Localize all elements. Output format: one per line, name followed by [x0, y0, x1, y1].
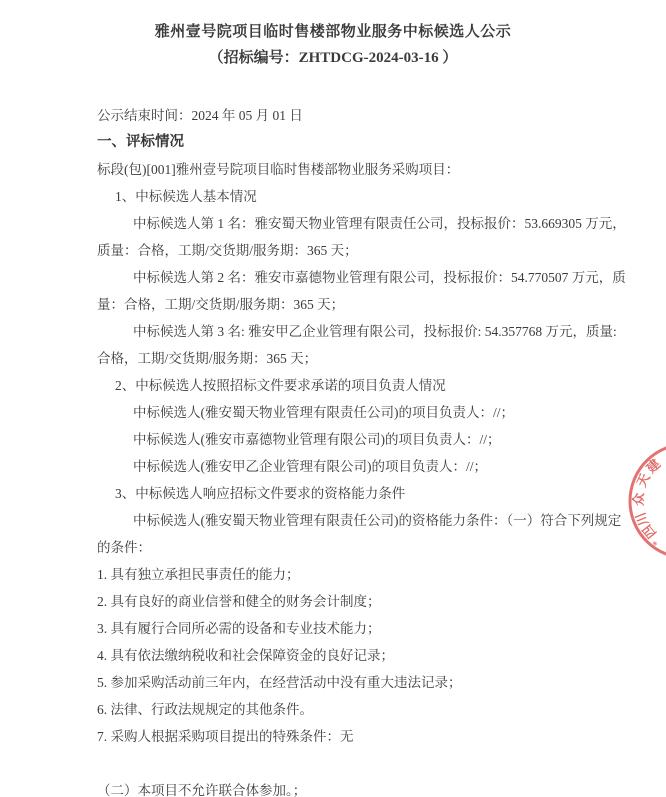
text-line: 中标候选人第 2 名：雅安市嘉德物业管理有限公司，投标报价：54.770507 … [97, 264, 576, 291]
blank-line [97, 750, 576, 777]
text-line: 3. 具有履行合同所必需的设备和专业技术能力； [97, 615, 576, 642]
bid-number: （招标编号：ZHTDCG-2024-03-16 ） [0, 44, 666, 72]
text-line: 量：合格，工期/交货期/服务期：365 天； [97, 291, 576, 318]
text-line: （二）本项目不允许联合体参加。； [97, 777, 576, 797]
text-line: 5. 参加采购活动前三年内，在经营活动中没有重大违法记录； [97, 669, 576, 696]
text-line: 中标候选人(雅安蜀天物业管理有限责任公司)的项目负责人：//； [97, 399, 576, 426]
text-line: 的条件： [97, 534, 576, 561]
text-line: 一、评标情况 [97, 129, 576, 156]
text-line: 公示结束时间：2024 年 05 月 01 日 [97, 102, 576, 129]
announcement-document: 雅州壹号院项目临时售楼部物业服务中标候选人公示 （招标编号：ZHTDCG-202… [0, 0, 666, 797]
text-line: 1、中标候选人基本情况 [97, 183, 576, 210]
text-line: 4. 具有依法缴纳税收和社会保障资金的良好记录； [97, 642, 576, 669]
text-line: 合格，工期/交货期/服务期：365 天； [97, 345, 576, 372]
text-line: 1. 具有独立承担民事责任的能力； [97, 561, 576, 588]
text-line: 中标候选人(雅安甲乙企业管理有限公司)的项目负责人：//； [97, 453, 576, 480]
text-line: 2、中标候选人按照招标文件要求承诺的项目负责人情况 [97, 372, 576, 399]
text-line: 标段(包)[001]雅州壹号院项目临时售楼部物业服务采购项目： [97, 156, 576, 183]
document-body: 公示结束时间：2024 年 05 月 01 日一、评标情况标段(包)[001]雅… [0, 102, 666, 797]
text-line: 中标候选人(雅安市嘉德物业管理有限公司)的项目负责人：//； [97, 426, 576, 453]
text-line: 质量：合格，工期/交货期/服务期：365 天； [97, 237, 576, 264]
document-title: 雅州壹号院项目临时售楼部物业服务中标候选人公示 [0, 0, 666, 44]
text-line: 7. 采购人根据采购项目提出的特殊条件：无 [97, 723, 576, 750]
text-line: 3、中标候选人响应招标文件要求的资格能力条件 [97, 480, 576, 507]
text-line: 中标候选人(雅安蜀天物业管理有限责任公司)的资格能力条件：（一）符合下列规定 [97, 507, 576, 534]
text-line: 2. 具有良好的商业信誉和健全的财务会计制度； [97, 588, 576, 615]
text-line: 中标候选人第 3 名: 雅安甲乙企业管理有限公司，投标报价: 54.357768… [97, 318, 576, 345]
text-line: 6. 法律、行政法规规定的其他条件。 [97, 696, 576, 723]
text-line: 中标候选人第 1 名：雅安蜀天物业管理有限责任公司，投标报价：53.669305… [97, 210, 576, 237]
